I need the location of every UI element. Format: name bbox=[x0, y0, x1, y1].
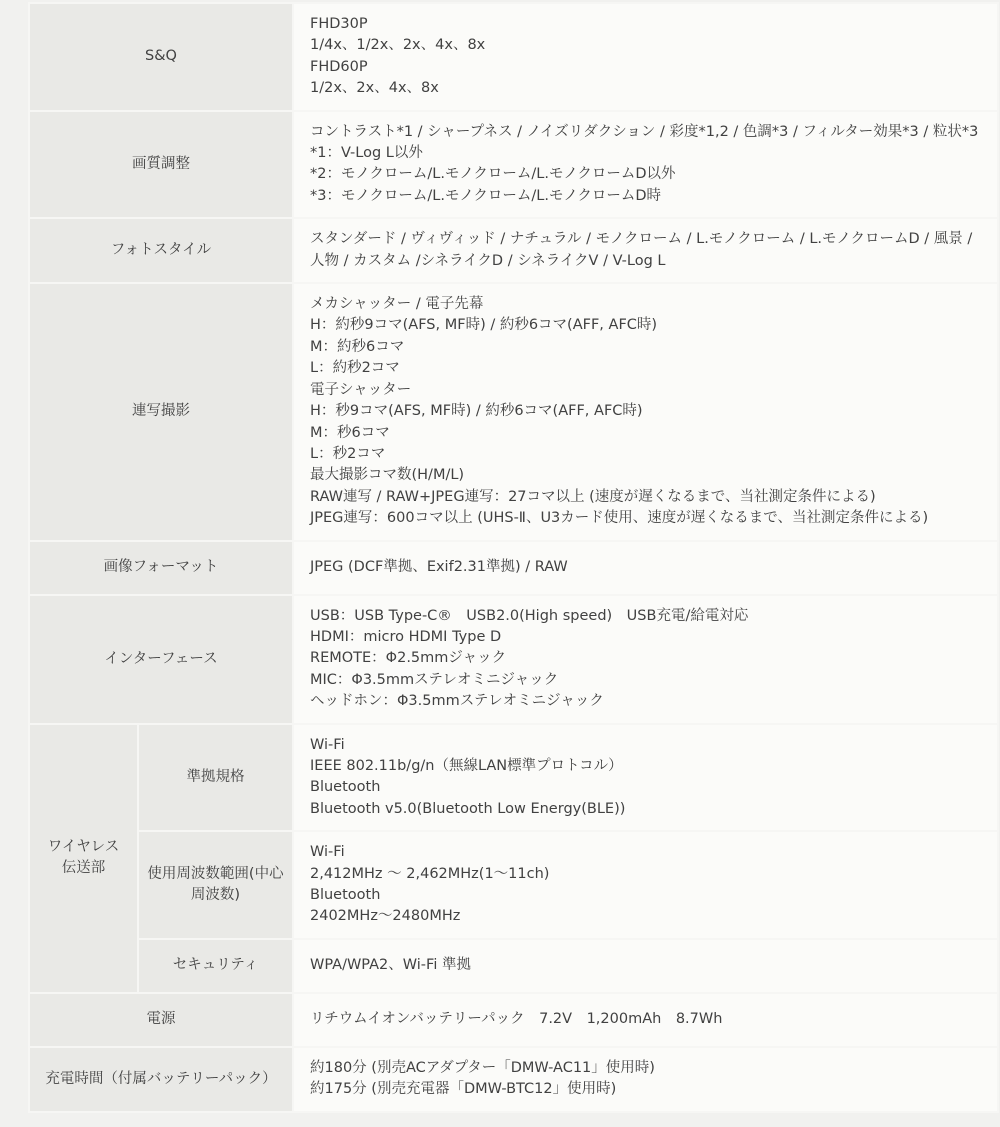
value-line: 1/2x、2x、4x、8x bbox=[310, 78, 983, 99]
value-line: 約180分 (別売ACアダプター「DMW-AC11」使用時) bbox=[310, 1058, 983, 1079]
table-row: S&Q FHD30P 1/4x、1/2x、2x、4x、8x FHD60P 1/2… bbox=[29, 3, 998, 111]
value-line: *3：モノクローム/L.モノクローム/L.モノクロームD時 bbox=[310, 186, 983, 207]
row-value: スタンダード / ヴィヴィッド / ナチュラル / モノクローム / L.モノク… bbox=[293, 218, 998, 283]
row-value: メカシャッター / 電子先幕 H：約秒9コマ(AFS, MF時) / 約秒6コマ… bbox=[293, 283, 998, 540]
row-label-wireless-frequency: 使用周波数範囲(中心周波数) bbox=[138, 831, 293, 939]
table-row: 画像フォーマット JPEG (DCF準拠、Exif2.31準拠) / RAW bbox=[29, 541, 998, 595]
value-line: リチウムイオンバッテリーパック 7.2V 1,200mAh 8.7Wh bbox=[310, 1009, 983, 1030]
row-value: USB：USB Type-C® USB2.0(High speed) USB充電… bbox=[293, 595, 998, 724]
row-value: JPEG (DCF準拠、Exif2.31準拠) / RAW bbox=[293, 541, 998, 595]
value-line: H：約秒9コマ(AFS, MF時) / 約秒6コマ(AFF, AFC時) bbox=[310, 315, 983, 336]
value-line: Bluetooth bbox=[310, 885, 983, 906]
row-value: コントラスト*1 / シャープネス / ノイズリダクション / 彩度*1,2 /… bbox=[293, 111, 998, 219]
spec-table: S&Q FHD30P 1/4x、1/2x、2x、4x、8x FHD60P 1/2… bbox=[28, 2, 999, 1113]
cell-content: スタンダード / ヴィヴィッド / ナチュラル / モノクローム / L.モノク… bbox=[294, 219, 997, 282]
row-label-photo-style: フォトスタイル bbox=[29, 218, 293, 283]
value-line: Wi-Fi bbox=[310, 842, 983, 863]
value-line: L：秒2コマ bbox=[310, 444, 983, 465]
value-line: 電子シャッター bbox=[310, 380, 983, 401]
table-row: 連写撮影 メカシャッター / 電子先幕 H：約秒9コマ(AFS, MF時) / … bbox=[29, 283, 998, 540]
value-line: JPEG連写：600コマ以上 (UHS-Ⅱ、U3カード使用、速度が遅くなるまで、… bbox=[310, 508, 983, 529]
cell-content: JPEG (DCF準拠、Exif2.31準拠) / RAW bbox=[294, 542, 997, 594]
value-line: RAW連写 / RAW+JPEG連写：27コマ以上 (速度が遅くなるまで、当社測… bbox=[310, 487, 983, 508]
value-line: 2,412MHz ～ 2,462MHz(1～11ch) bbox=[310, 864, 983, 885]
table-row: フォトスタイル スタンダード / ヴィヴィッド / ナチュラル / モノクローム… bbox=[29, 218, 998, 283]
value-line: スタンダード / ヴィヴィッド / ナチュラル / モノクローム / L.モノク… bbox=[310, 229, 983, 272]
table-row: セキュリティ WPA/WPA2、Wi-Fi 準拠 bbox=[29, 939, 998, 993]
cell-content: リチウムイオンバッテリーパック 7.2V 1,200mAh 8.7Wh bbox=[294, 994, 997, 1046]
row-label-burst: 連写撮影 bbox=[29, 283, 293, 540]
value-line: IEEE 802.11b/g/n（無線LAN標準プロトコル） bbox=[310, 756, 983, 777]
value-line: M：約秒6コマ bbox=[310, 337, 983, 358]
value-line: Bluetooth bbox=[310, 777, 983, 798]
wireless-group-label: ワイヤレス 伝送部 bbox=[29, 724, 138, 993]
row-label-power: 電源 bbox=[29, 993, 293, 1047]
value-line: WPA/WPA2、Wi-Fi 準拠 bbox=[310, 955, 983, 976]
value-line: USB：USB Type-C® USB2.0(High speed) USB充電… bbox=[310, 606, 983, 627]
value-line: コントラスト*1 / シャープネス / ノイズリダクション / 彩度*1,2 /… bbox=[310, 122, 983, 143]
row-label-interface: インターフェース bbox=[29, 595, 293, 724]
value-line: L：約秒2コマ bbox=[310, 358, 983, 379]
cell-content: FHD30P 1/4x、1/2x、2x、4x、8x FHD60P 1/2x、2x… bbox=[294, 4, 997, 110]
cell-content: メカシャッター / 電子先幕 H：約秒9コマ(AFS, MF時) / 約秒6コマ… bbox=[294, 284, 997, 539]
value-line: JPEG (DCF準拠、Exif2.31準拠) / RAW bbox=[310, 557, 983, 578]
cell-content: 約180分 (別売ACアダプター「DMW-AC11」使用時) 約175分 (別売… bbox=[294, 1048, 997, 1111]
value-line: H：秒9コマ(AFS, MF時) / 約秒6コマ(AFF, AFC時) bbox=[310, 401, 983, 422]
table-row: 充電時間（付属バッテリーパック） 約180分 (別売ACアダプター「DMW-AC… bbox=[29, 1047, 998, 1112]
row-value: リチウムイオンバッテリーパック 7.2V 1,200mAh 8.7Wh bbox=[293, 993, 998, 1047]
row-label-image-quality: 画質調整 bbox=[29, 111, 293, 219]
row-label-sq: S&Q bbox=[29, 3, 293, 111]
row-label-charge-time: 充電時間（付属バッテリーパック） bbox=[29, 1047, 293, 1112]
value-line: MIC：Φ3.5mmステレオミニジャック bbox=[310, 670, 983, 691]
value-line: M：秒6コマ bbox=[310, 423, 983, 444]
value-line: 1/4x、1/2x、2x、4x、8x bbox=[310, 35, 983, 56]
row-label-image-format: 画像フォーマット bbox=[29, 541, 293, 595]
row-value: WPA/WPA2、Wi-Fi 準拠 bbox=[293, 939, 998, 993]
value-line: 約175分 (別売充電器「DMW-BTC12」使用時) bbox=[310, 1079, 983, 1100]
page-content: S&Q FHD30P 1/4x、1/2x、2x、4x、8x FHD60P 1/2… bbox=[0, 0, 1000, 1113]
value-line: 最大撮影コマ数(H/M/L) bbox=[310, 465, 983, 486]
value-line: FHD30P bbox=[310, 14, 983, 35]
value-line: メカシャッター / 電子先幕 bbox=[310, 294, 983, 315]
row-value: Wi-Fi 2,412MHz ～ 2,462MHz(1～11ch) Blueto… bbox=[293, 831, 998, 939]
cell-content: Wi-Fi IEEE 802.11b/g/n（無線LAN標準プロトコル） Blu… bbox=[294, 725, 997, 831]
value-line: FHD60P bbox=[310, 57, 983, 78]
table-row: ワイヤレス 伝送部 準拠規格 Wi-Fi IEEE 802.11b/g/n（無線… bbox=[29, 724, 998, 832]
row-label-wireless-standard: 準拠規格 bbox=[138, 724, 293, 832]
table-row: インターフェース USB：USB Type-C® USB2.0(High spe… bbox=[29, 595, 998, 724]
table-row: 使用周波数範囲(中心周波数) Wi-Fi 2,412MHz ～ 2,462MHz… bbox=[29, 831, 998, 939]
row-value: Wi-Fi IEEE 802.11b/g/n（無線LAN標準プロトコル） Blu… bbox=[293, 724, 998, 832]
value-line: HDMI：micro HDMI Type D bbox=[310, 627, 983, 648]
value-line: Wi-Fi bbox=[310, 735, 983, 756]
value-line: *2：モノクローム/L.モノクローム/L.モノクロームD以外 bbox=[310, 164, 983, 185]
cell-content: コントラスト*1 / シャープネス / ノイズリダクション / 彩度*1,2 /… bbox=[294, 112, 997, 218]
row-value: FHD30P 1/4x、1/2x、2x、4x、8x FHD60P 1/2x、2x… bbox=[293, 3, 998, 111]
row-value: 約180分 (別売ACアダプター「DMW-AC11」使用時) 約175分 (別売… bbox=[293, 1047, 998, 1112]
table-row: 電源 リチウムイオンバッテリーパック 7.2V 1,200mAh 8.7Wh bbox=[29, 993, 998, 1047]
group-label-line: 伝送部 bbox=[38, 858, 129, 879]
value-line: ヘッドホン：Φ3.5mmステレオミニジャック bbox=[310, 691, 983, 712]
row-label-wireless-security: セキュリティ bbox=[138, 939, 293, 993]
table-row: 画質調整 コントラスト*1 / シャープネス / ノイズリダクション / 彩度*… bbox=[29, 111, 998, 219]
cell-content: WPA/WPA2、Wi-Fi 準拠 bbox=[294, 940, 997, 992]
value-line: *1：V-Log L以外 bbox=[310, 143, 983, 164]
cell-content: Wi-Fi 2,412MHz ～ 2,462MHz(1～11ch) Blueto… bbox=[294, 832, 997, 938]
group-label-line: ワイヤレス bbox=[38, 837, 129, 858]
value-line: 2402MHz～2480MHz bbox=[310, 906, 983, 927]
cell-content: USB：USB Type-C® USB2.0(High speed) USB充電… bbox=[294, 596, 997, 723]
value-line: Bluetooth v5.0(Bluetooth Low Energy(BLE)… bbox=[310, 799, 983, 820]
value-line: REMOTE：Φ2.5mmジャック bbox=[310, 648, 983, 669]
